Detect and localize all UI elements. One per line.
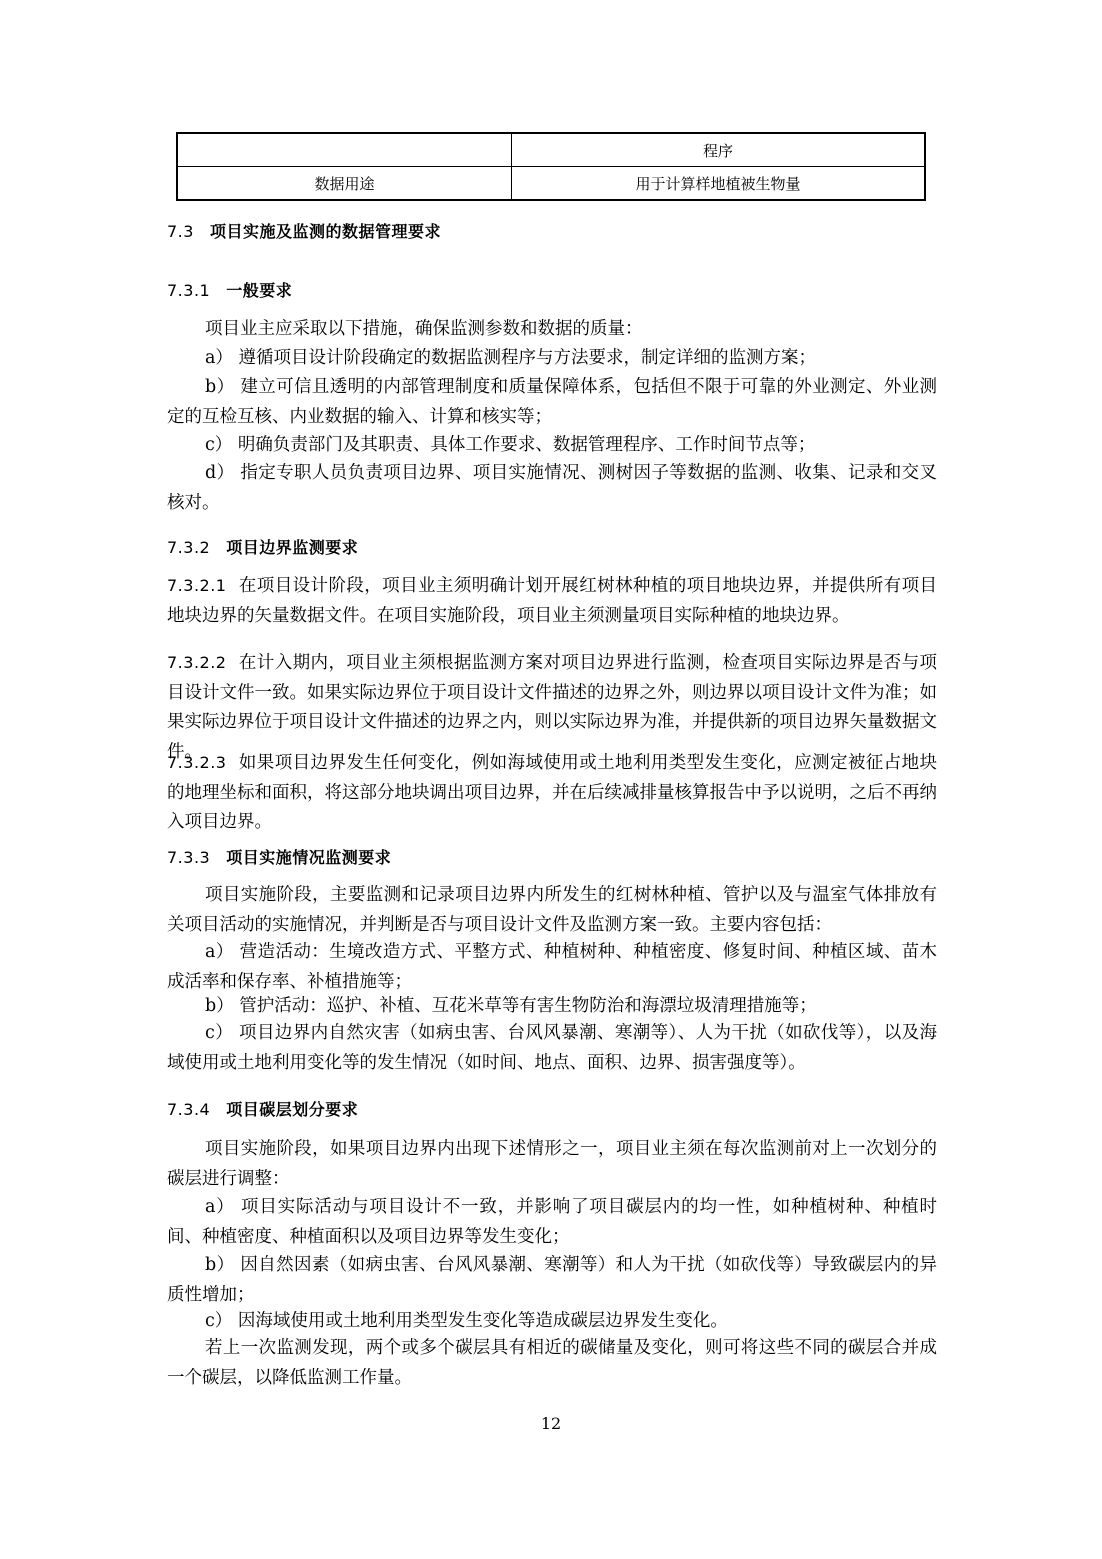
table-row: 程序 xyxy=(177,133,925,167)
list-item: c） 项目边界内自然灾害（如病虫害、台风风暴潮、寒潮等）、人为干扰（如砍伐等），… xyxy=(167,1019,937,1078)
table-cell: 数据用途 xyxy=(177,167,512,201)
section-number: 7.3.4 xyxy=(167,1100,210,1119)
section-heading-7-3-3: 7.3.3项目实施情况监测要求 xyxy=(167,845,391,868)
clause-text: 在项目设计阶段，项目业主须明确计划开展红树林种植的项目地块边界，并提供所有项目地… xyxy=(167,576,937,626)
paragraph: 项目业主应采取以下措施，确保监测参数和数据的质量： xyxy=(167,315,937,345)
list-item: c） 因海域使用或土地利用类型发生变化等造成碳层边界发生变化。 xyxy=(167,1307,937,1337)
section-number: 7.3.2 xyxy=(167,538,210,557)
table-cell: 用于计算样地植被生物量 xyxy=(512,167,926,201)
page-number: 12 xyxy=(0,1414,1102,1433)
clause-7-3-2-1: 7.3.2.1在项目设计阶段，项目业主须明确计划开展红树林种植的项目地块边界，并… xyxy=(167,571,937,631)
list-item: c） 明确负责部门及其职责、具体工作要求、数据管理程序、工作时间节点等； xyxy=(167,431,937,461)
table-cell: 程序 xyxy=(512,133,926,167)
list-item: a） 营造活动：生境改造方式、平整方式、种植树种、种植密度、修复时间、种植区域、… xyxy=(167,938,937,997)
list-item: a） 项目实际活动与项目设计不一致，并影响了项目碳层内的均一性，如种植树种、种植… xyxy=(167,1193,937,1252)
paragraph: 若上一次监测发现，两个或多个碳层具有相近的碳储量及变化，则可将这些不同的碳层合并… xyxy=(167,1334,937,1393)
document-page: 程序 数据用途 用于计算样地植被生物量 7.3项目实施及监测的数据管理要求 7.… xyxy=(0,0,1102,1559)
section-number: 7.3 xyxy=(167,222,194,241)
paragraph: 项目实施阶段，主要监测和记录项目边界内所发生的红树林种植、管护以及与温室气体排放… xyxy=(167,881,937,940)
list-item: b） 因自然因素（如病虫害、台风风暴潮、寒潮等）和人为干扰（如砍伐等）导致碳层内… xyxy=(167,1251,937,1310)
clause-7-3-2-3: 7.3.2.3如果项目边界发生任何变化，例如海域使用或土地利用类型发生变化，应测… xyxy=(167,748,937,838)
list-item: d） 指定专职人员负责项目边界、项目实施情况、测树因子等数据的监测、收集、记录和… xyxy=(167,459,937,518)
data-table: 程序 数据用途 用于计算样地植被生物量 xyxy=(176,132,926,201)
clause-text: 在计入期内，项目业主须根据监测方案对项目边界进行监测，检查项目实际边界是否与项目… xyxy=(167,653,937,762)
section-title: 项目碳层划分要求 xyxy=(226,1100,358,1119)
clause-number: 7.3.2.2 xyxy=(167,653,226,672)
section-title: 一般要求 xyxy=(226,281,292,300)
list-item: b） 建立可信且透明的内部管理制度和质量保障体系，包括但不限于可靠的外业测定、外… xyxy=(167,373,937,432)
list-item: b） 管护活动：巡护、补植、互花米草等有害生物防治和海漂垃圾清理措施等； xyxy=(167,992,937,1022)
clause-text: 如果项目边界发生任何变化，例如海域使用或土地利用类型发生变化，应测定被征占地块的… xyxy=(167,753,937,832)
section-heading-7-3: 7.3项目实施及监测的数据管理要求 xyxy=(167,219,441,242)
section-number: 7.3.1 xyxy=(167,281,210,300)
section-number: 7.3.3 xyxy=(167,848,210,867)
clause-number: 7.3.2.3 xyxy=(167,753,226,772)
paragraph: 项目实施阶段，如果项目边界内出现下述情形之一，项目业主须在每次监测前对上一次划分… xyxy=(167,1135,937,1194)
section-title: 项目边界监测要求 xyxy=(226,538,358,557)
section-heading-7-3-2: 7.3.2项目边界监测要求 xyxy=(167,535,358,558)
section-heading-7-3-1: 7.3.1一般要求 xyxy=(167,278,292,301)
table-cell xyxy=(177,133,512,167)
clause-number: 7.3.2.1 xyxy=(167,576,226,595)
list-item: a） 遵循项目设计阶段确定的数据监测程序与方法要求，制定详细的监测方案； xyxy=(167,344,937,374)
section-title: 项目实施及监测的数据管理要求 xyxy=(210,222,441,241)
section-title: 项目实施情况监测要求 xyxy=(226,848,391,867)
table-row: 数据用途 用于计算样地植被生物量 xyxy=(177,167,925,201)
section-heading-7-3-4: 7.3.4项目碳层划分要求 xyxy=(167,1097,358,1120)
